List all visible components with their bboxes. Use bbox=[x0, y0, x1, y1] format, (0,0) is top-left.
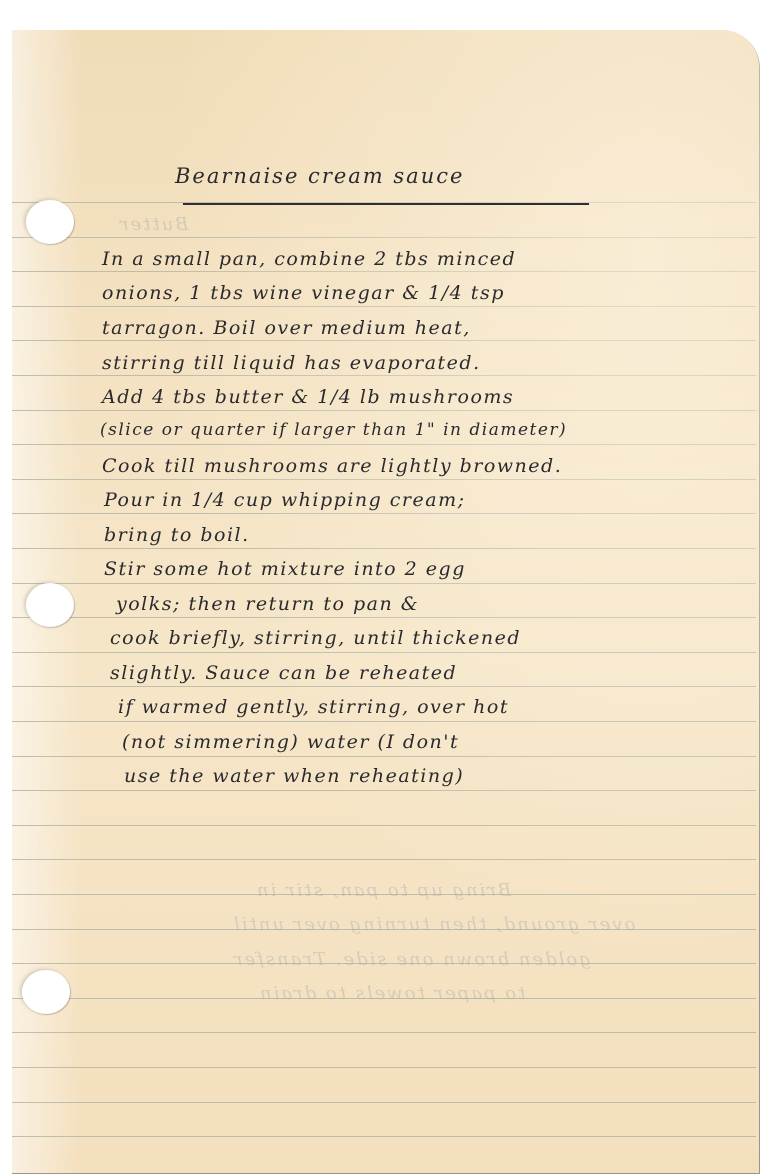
bleed-through-text: to paper towels to drain bbox=[258, 983, 525, 1004]
ruled-line bbox=[12, 790, 756, 791]
ruled-line bbox=[12, 1102, 756, 1103]
ruled-line bbox=[12, 859, 756, 860]
recipe-line: (not simmering) water (I don't bbox=[122, 731, 459, 753]
bleed-through-text: over ground, then turning over until bbox=[232, 914, 635, 935]
recipe-line: Stir some hot mixture into 2 egg bbox=[104, 558, 466, 580]
ruled-line bbox=[12, 513, 756, 514]
title-underline bbox=[183, 203, 589, 205]
ruled-line bbox=[12, 721, 756, 722]
ruled-line bbox=[12, 479, 756, 480]
recipe-line: Add 4 tbs butter & 1/4 lb mushrooms bbox=[102, 386, 514, 408]
recipe-line: In a small pan, combine 2 tbs minced bbox=[102, 248, 516, 270]
ruled-line bbox=[12, 1032, 756, 1033]
ruled-line bbox=[12, 237, 756, 238]
ruled-line bbox=[12, 652, 756, 653]
recipe-line: stirring till liquid has evaporated. bbox=[102, 352, 481, 374]
recipe-line: cook briefly, stirring, until thickened bbox=[110, 627, 521, 649]
punch-hole-bottom bbox=[22, 970, 70, 1014]
bleed-through-text: golden brown one side. Transfer bbox=[232, 949, 591, 970]
ruled-line bbox=[12, 1067, 756, 1068]
recipe-line: Cook till mushrooms are lightly browned. bbox=[102, 455, 562, 477]
ruled-line bbox=[12, 340, 756, 341]
recipe-line: if warmed gently, stirring, over hot bbox=[118, 696, 509, 718]
bleed-through-text: Butter bbox=[118, 214, 189, 235]
recipe-line: slightly. Sauce can be reheated bbox=[110, 662, 457, 684]
ruled-line bbox=[12, 825, 756, 826]
ruled-line bbox=[12, 375, 756, 376]
ruled-line bbox=[12, 1136, 756, 1137]
punch-hole-top bbox=[26, 200, 74, 244]
ruled-line bbox=[12, 444, 756, 445]
ruled-line bbox=[12, 271, 756, 272]
recipe-line: Pour in 1/4 cup whipping cream; bbox=[104, 489, 466, 511]
recipe-line: (slice or quarter if larger than 1" in d… bbox=[100, 420, 567, 440]
punch-hole-middle bbox=[26, 583, 74, 627]
ruled-line bbox=[12, 548, 756, 549]
recipe-line: bring to boil. bbox=[104, 524, 250, 546]
ruled-line bbox=[12, 617, 756, 618]
scanned-page: Butter Bring up to pan, stir in over gro… bbox=[0, 0, 760, 1174]
ruled-line bbox=[12, 410, 756, 411]
ruled-line bbox=[12, 686, 756, 687]
ruled-line bbox=[12, 756, 756, 757]
recipe-line: tarragon. Boil over medium heat, bbox=[102, 317, 471, 339]
recipe-title: Bearnaise cream sauce bbox=[175, 164, 464, 188]
recipe-line: use the water when reheating) bbox=[124, 765, 464, 787]
ruled-line bbox=[12, 583, 756, 584]
bleed-through-text: Bring up to pan, stir in bbox=[255, 880, 511, 901]
recipe-line: yolks; then return to pan & bbox=[116, 593, 419, 615]
recipe-line: onions, 1 tbs wine vinegar & 1/4 tsp bbox=[102, 282, 505, 304]
ruled-line bbox=[12, 306, 756, 307]
